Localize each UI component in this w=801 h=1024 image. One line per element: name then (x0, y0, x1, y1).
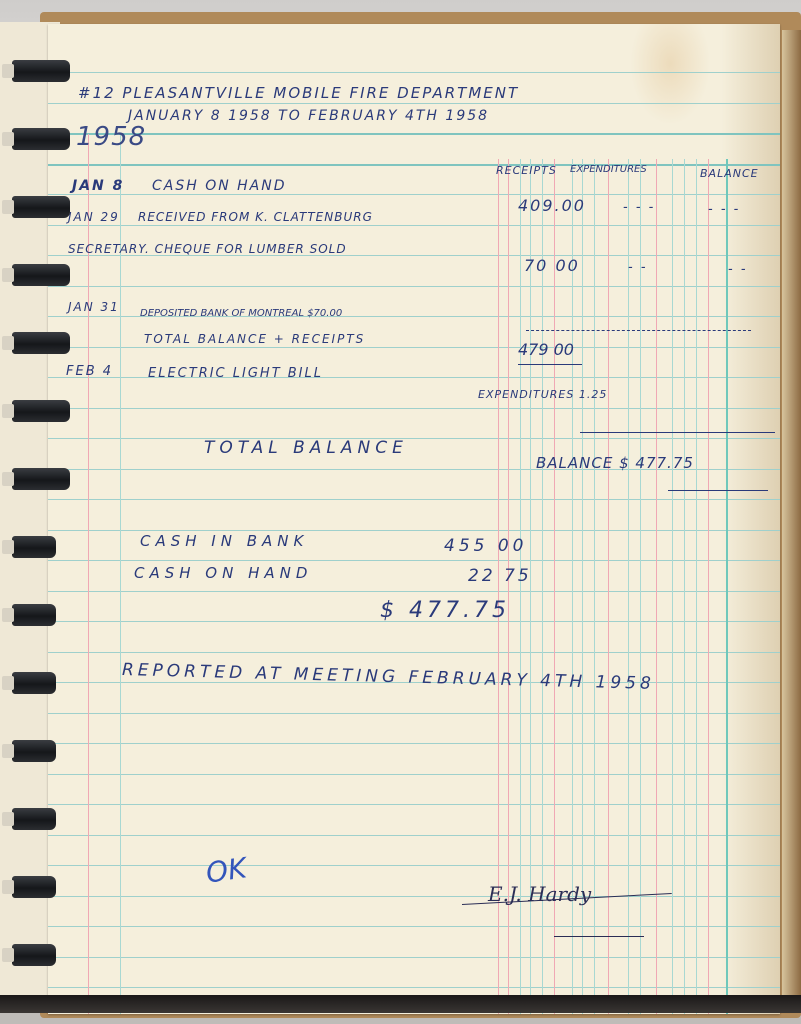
ledger-title: #12 Pleasantville Mobile Fire Department (78, 84, 519, 102)
entry-expenditures: - - (628, 260, 648, 275)
ruled-line (48, 835, 780, 836)
ruled-line (48, 164, 780, 166)
entry-expenditures: - - - (623, 200, 655, 215)
spiral-ring (12, 332, 70, 354)
ledger-year: 1958 (76, 122, 146, 152)
ruled-line (48, 743, 780, 744)
ruled-line (48, 499, 780, 500)
spiral-ring (12, 672, 56, 694)
ruled-line (48, 591, 780, 592)
spiral-ring (12, 60, 70, 82)
column-rule (88, 134, 89, 1014)
spiral-ring (12, 264, 70, 286)
ruled-line (48, 865, 780, 866)
entry-description: Received From K. Clattenburg (138, 210, 373, 224)
ruled-line (48, 133, 780, 135)
page-stack-edge (782, 30, 801, 1010)
ruled-line (48, 438, 780, 439)
column-rule (656, 159, 657, 1014)
entry-receipts: 409.00 (518, 196, 586, 215)
ruled-line (48, 896, 780, 897)
spiral-ring (12, 536, 56, 558)
expenditures-rule (580, 432, 775, 433)
column-rule (594, 159, 595, 1014)
column-rule (608, 159, 609, 1014)
summary-label: Cash on Hand (134, 564, 312, 582)
ruled-line (48, 926, 780, 927)
entry-balance: - - (728, 262, 748, 277)
spiral-ring (12, 876, 56, 898)
ruled-line (48, 286, 780, 287)
entry-receipts: 479 00 (518, 340, 574, 359)
entry-receipts: 70 00 (524, 256, 580, 275)
ruled-line (48, 408, 780, 409)
spiral-ring (12, 944, 56, 966)
ruled-line (48, 804, 780, 805)
expenditures-note: Expenditures 1.25 (478, 388, 607, 401)
spiral-ring (12, 128, 70, 150)
entry-description: Total Balance + Receipts (144, 332, 365, 346)
spiral-ring (12, 740, 56, 762)
ledger-rule (526, 330, 751, 332)
ruled-line (48, 194, 780, 195)
ruled-line (48, 530, 780, 531)
spiral-ring (12, 196, 70, 218)
ledger-date-range: January 8 1958 To February 4th 1958 (128, 108, 489, 124)
notebook-bottom-edge (0, 995, 801, 1013)
entry-date: Feb 4 (66, 364, 113, 379)
column-header-expenditures: Expenditures (570, 164, 647, 175)
column-rule (684, 159, 685, 1014)
column-rule (726, 159, 728, 1014)
signature-underline (554, 936, 644, 937)
column-rule (708, 159, 709, 1014)
entry-date: Jan 29 (68, 210, 120, 224)
ruled-line (48, 713, 780, 714)
entry-description: Deposited Bank of Montreal $70.00 (140, 308, 342, 319)
summary-label: Cash in Bank (140, 532, 308, 550)
column-rule (120, 134, 121, 1014)
ruled-line (48, 957, 780, 958)
summary-amount: 22 75 (468, 566, 532, 586)
spiral-ring (12, 400, 70, 422)
ruled-line (48, 987, 780, 988)
ruled-line (48, 103, 780, 104)
ruled-line (48, 225, 780, 226)
ruled-line (48, 347, 780, 348)
spiral-ring (12, 604, 56, 626)
entry-description: Secretary. Cheque for lumber sold (68, 242, 347, 256)
spiral-ring (12, 468, 70, 490)
column-rule (628, 159, 629, 1014)
balance-note: Balance $ 477.75 (536, 454, 694, 472)
reported-note: Reported at Meeting February 4th 1958 (122, 660, 655, 694)
entry-description: Electric Light Bill (148, 366, 323, 381)
balance-underline (668, 490, 768, 491)
entry-date: Jan 8 (72, 178, 124, 194)
ruled-line (48, 652, 780, 653)
ledger-page: #12 Pleasantville Mobile Fire Department… (48, 24, 780, 1014)
entry-balance: - - - (708, 202, 740, 217)
summary-amount: 455 00 (444, 536, 527, 556)
ruled-line (48, 560, 780, 561)
summary-total: $ 477.75 (380, 598, 510, 623)
column-rule (696, 159, 697, 1014)
column-rule (672, 159, 673, 1014)
column-rule (640, 159, 641, 1014)
ruled-line (48, 774, 780, 775)
total-underline (518, 364, 582, 365)
column-header-receipts: Receipts (496, 164, 557, 177)
total-balance-label: Total Balance (204, 438, 408, 458)
approval-mark: OK (204, 851, 249, 889)
entry-date: Jan 31 (68, 300, 120, 314)
entry-description: Cash on hand (152, 178, 287, 194)
column-header-balance: Balance (700, 167, 759, 180)
ruled-line (48, 72, 780, 73)
spiral-ring (12, 808, 56, 830)
